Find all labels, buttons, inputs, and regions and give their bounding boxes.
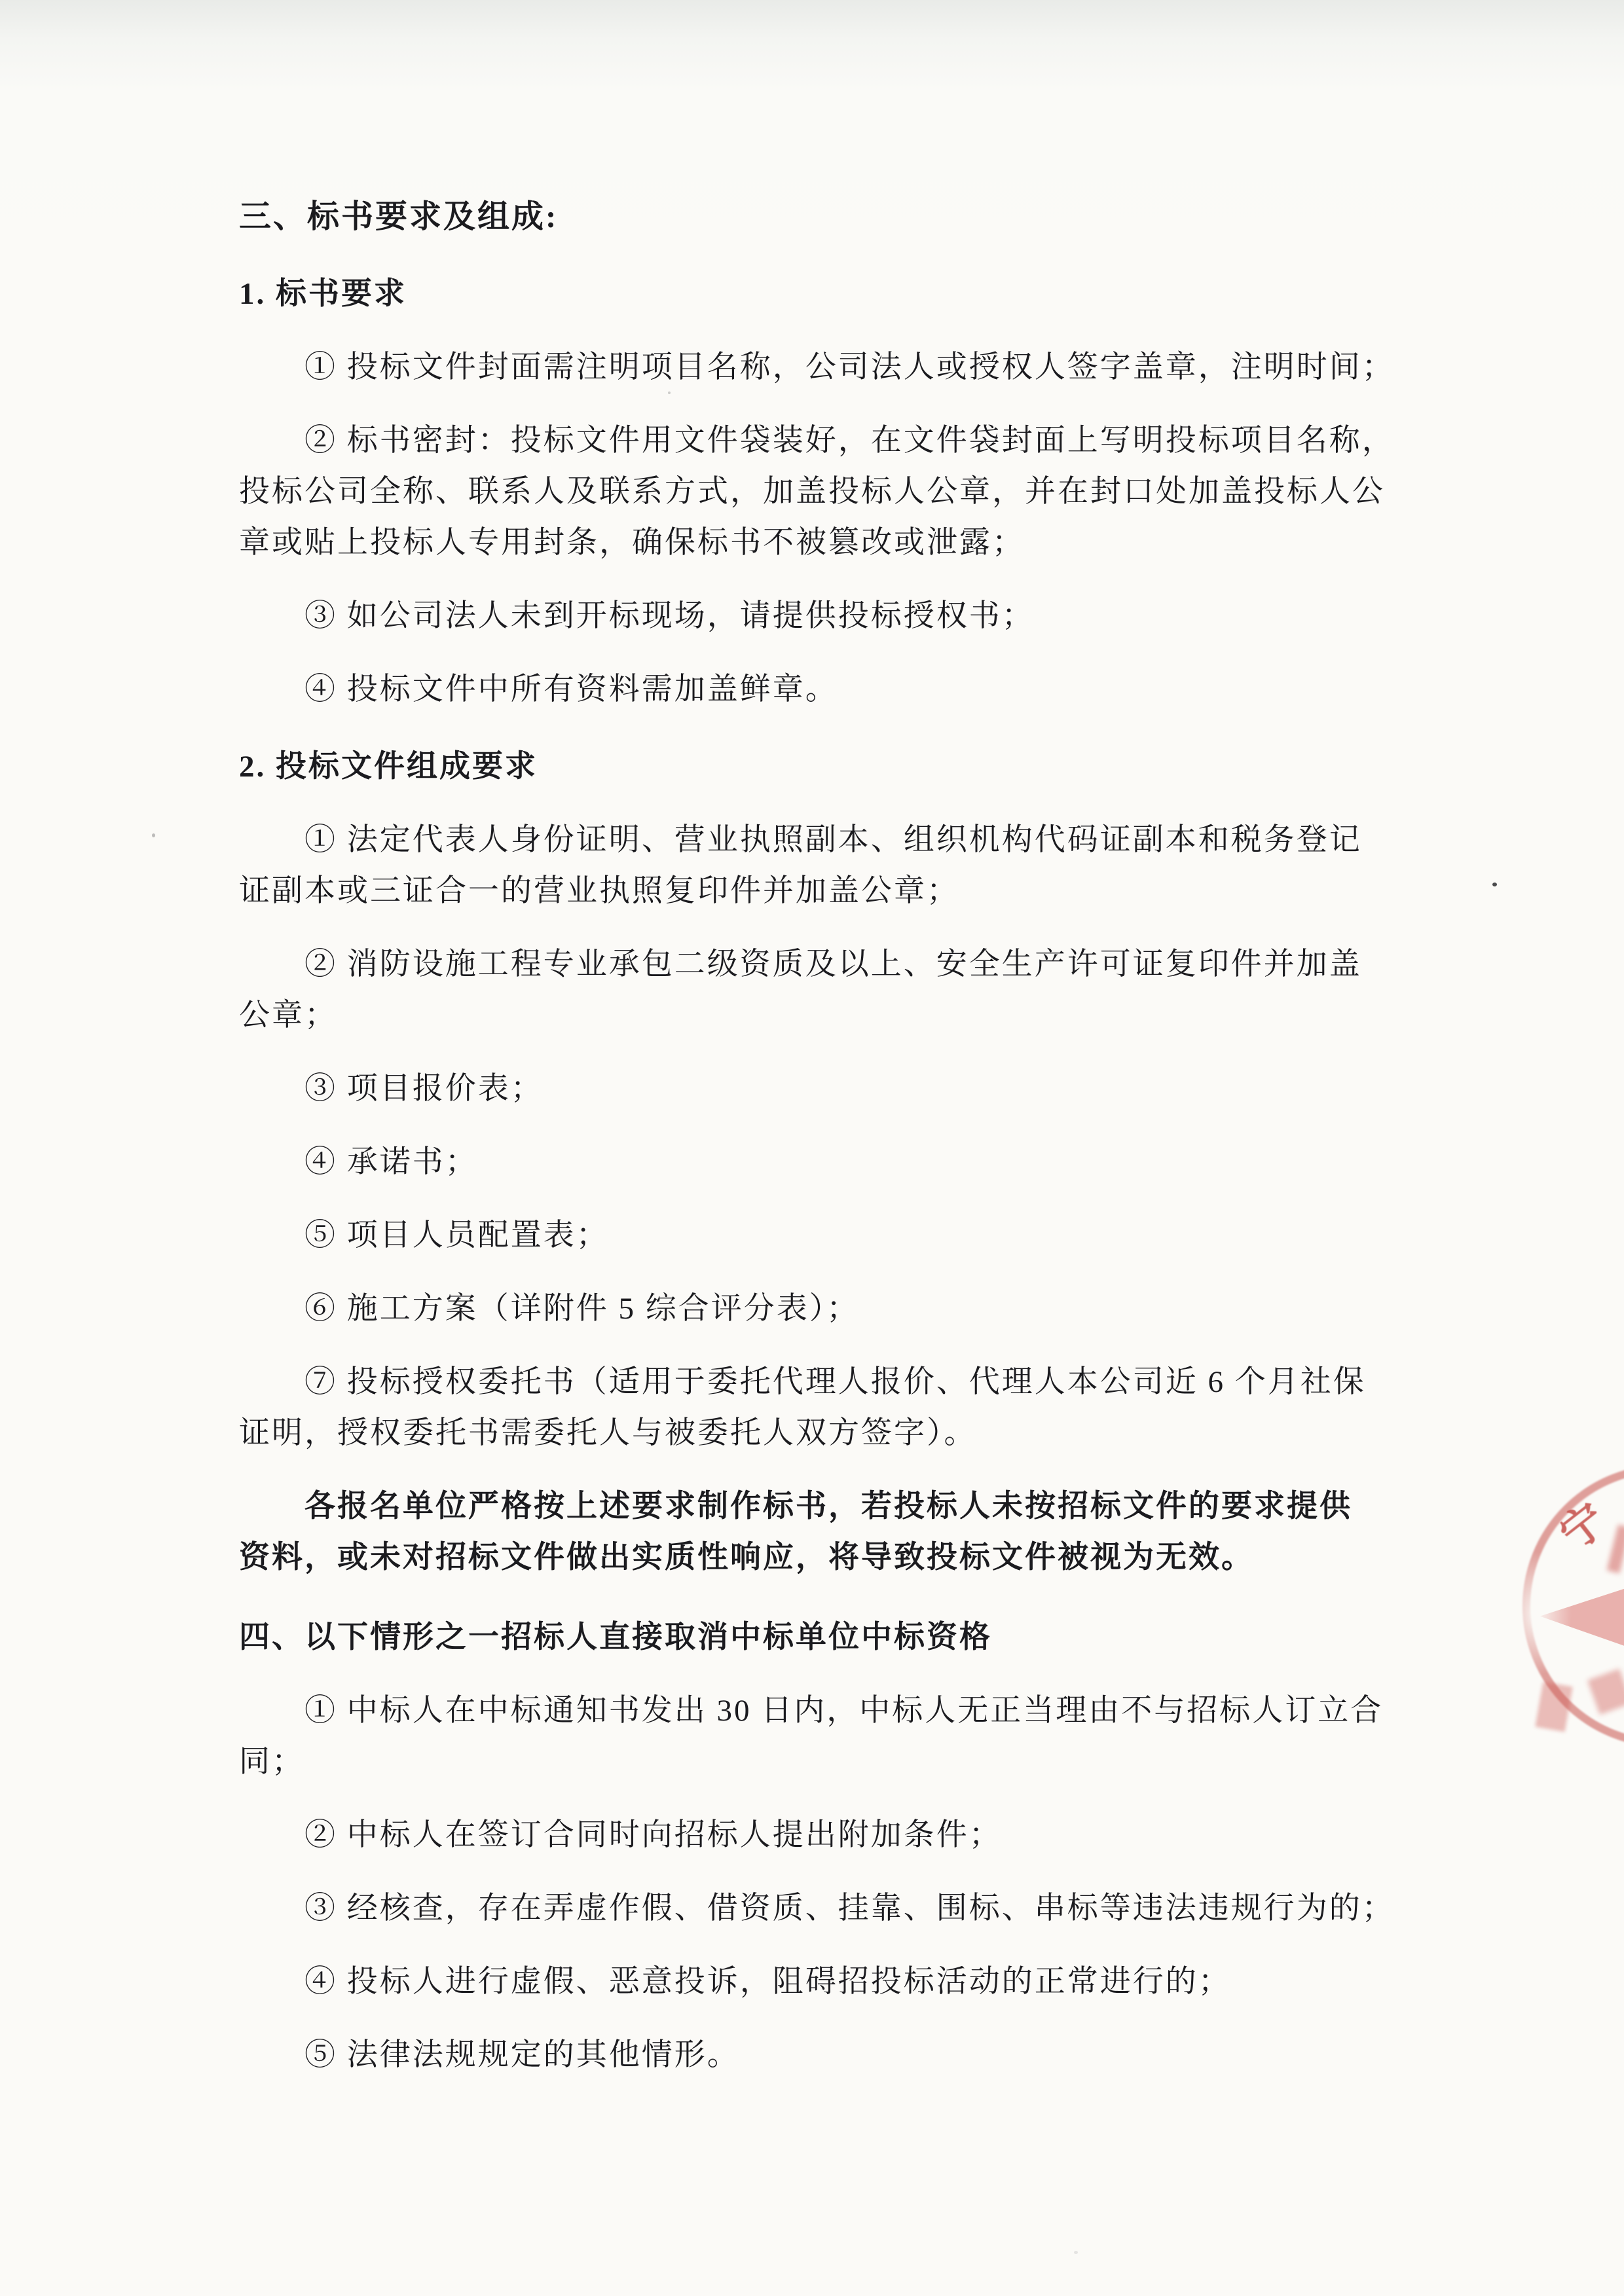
text-line: 1. 标书要求 bbox=[239, 268, 1392, 319]
paragraph: ① 法定代表人身份证明、营业执照副本、组织机构代码证副本和税务登记证副本或三证合… bbox=[239, 814, 1392, 917]
paragraph: 各报名单位严格按上述要求制作标书，若投标人未按招标文件的要求提供资料，或未对招标… bbox=[239, 1481, 1392, 1583]
text-line: 资料，或未对招标文件做出实质性响应，将导致投标文件被视为无效。 bbox=[239, 1532, 1392, 1583]
paragraph: ③ 经核查，存在弄虚作假、借资质、挂靠、围标、串标等违法违规行为的； bbox=[239, 1883, 1392, 1934]
text-line: 章或贴上投标人专用封条，确保标书不被篡改或泄露； bbox=[239, 517, 1392, 568]
paragraph: ① 中标人在中标通知书发出 30 日内，中标人无正当理由不与招标人订立合同； bbox=[239, 1685, 1392, 1787]
seal-fade bbox=[1500, 1552, 1572, 1676]
text-line: ④ 投标文件中所有资料需加盖鲜章。 bbox=[239, 664, 1392, 715]
text-line: ⑦ 投标授权委托书（适用于委托代理人报价、代理人本公司近 6 个月社保 bbox=[239, 1357, 1392, 1408]
heading: 1. 标书要求 bbox=[239, 268, 1392, 319]
text-line: ① 法定代表人身份证明、营业执照副本、组织机构代码证副本和税务登记 bbox=[239, 814, 1392, 866]
paragraph: ③ 项目报价表； bbox=[239, 1063, 1392, 1114]
text-line: ③ 经核查，存在弄虚作假、借资质、挂靠、围标、串标等违法违规行为的； bbox=[239, 1883, 1392, 1934]
text-line: ① 投标文件封面需注明项目名称，公司法人或授权人签字盖章，注明时间； bbox=[239, 342, 1392, 393]
scan-speck bbox=[1074, 2251, 1078, 2254]
heading: 四、以下情形之一招标人直接取消中标单位中标资格 bbox=[239, 1612, 1392, 1663]
paragraph: ① 投标文件封面需注明项目名称，公司法人或授权人签字盖章，注明时间； bbox=[239, 342, 1392, 393]
paragraph: ④ 投标文件中所有资料需加盖鲜章。 bbox=[239, 664, 1392, 715]
text-line: ④ 承诺书； bbox=[239, 1137, 1392, 1188]
text-line: ② 中标人在签订合同时向招标人提出附加条件； bbox=[239, 1810, 1392, 1861]
paragraph: ④ 承诺书； bbox=[239, 1137, 1392, 1188]
paragraph: ② 中标人在签订合同时向招标人提出附加条件； bbox=[239, 1810, 1392, 1861]
text-line: 证明，授权委托书需委托人与被委托人双方签字）。 bbox=[239, 1408, 1392, 1459]
scanned-document-page: 三、标书要求及组成:1. 标书要求① 投标文件封面需注明项目名称，公司法人或授权… bbox=[0, 0, 1624, 2296]
text-line: ⑤ 项目人员配置表； bbox=[239, 1210, 1392, 1261]
document-body: 三、标书要求及组成:1. 标书要求① 投标文件封面需注明项目名称，公司法人或授权… bbox=[239, 191, 1392, 2081]
text-line: ① 中标人在中标通知书发出 30 日内，中标人无正当理由不与招标人订立合 bbox=[239, 1685, 1392, 1736]
text-line: 三、标书要求及组成: bbox=[239, 191, 1392, 242]
paragraph: ② 消防设施工程专业承包二级资质及以上、安全生产许可证复印件并加盖公章； bbox=[239, 939, 1392, 1041]
scan-speck bbox=[152, 833, 155, 837]
paragraph: ⑦ 投标授权委托书（适用于委托代理人报价、代理人本公司近 6 个月社保证明，授权… bbox=[239, 1357, 1392, 1459]
text-line: 四、以下情形之一招标人直接取消中标单位中标资格 bbox=[239, 1612, 1392, 1663]
heading: 三、标书要求及组成: bbox=[239, 191, 1392, 242]
seal-illegible-mark bbox=[1535, 1682, 1572, 1732]
paragraph: ⑤ 项目人员配置表； bbox=[239, 1210, 1392, 1261]
text-line: 2. 投标文件组成要求 bbox=[239, 741, 1392, 792]
text-line: ④ 投标人进行虚假、恶意投诉，阻碍招投标活动的正常进行的； bbox=[239, 1956, 1392, 2007]
paragraph: ⑤ 法律法规规定的其他情形。 bbox=[239, 2030, 1392, 2081]
scan-speck bbox=[1492, 883, 1497, 886]
paragraph: ② 标书密封：投标文件用文件袋装好，在文件袋封面上写明投标项目名称，投标公司全称… bbox=[239, 415, 1392, 568]
text-line: ② 标书密封：投标文件用文件袋装好，在文件袋封面上写明投标项目名称， bbox=[239, 415, 1392, 466]
text-line: ⑥ 施工方案（详附件 5 综合评分表）； bbox=[239, 1283, 1392, 1334]
text-line: 各报名单位严格按上述要求制作标书，若投标人未按招标文件的要求提供 bbox=[239, 1481, 1392, 1532]
paragraph: ③ 如公司法人未到开标现场，请提供投标授权书； bbox=[239, 591, 1392, 642]
text-line: 同； bbox=[239, 1736, 1392, 1787]
text-line: 证副本或三证合一的营业执照复印件并加盖公章； bbox=[239, 866, 1392, 917]
paragraph: ⑥ 施工方案（详附件 5 综合评分表）； bbox=[239, 1283, 1392, 1334]
text-line: ③ 如公司法人未到开标现场，请提供投标授权书； bbox=[239, 591, 1392, 642]
text-line: 公章； bbox=[239, 990, 1392, 1041]
heading: 2. 投标文件组成要求 bbox=[239, 741, 1392, 792]
text-line: ② 消防设施工程专业承包二级资质及以上、安全生产许可证复印件并加盖 bbox=[239, 939, 1392, 990]
paragraph: ④ 投标人进行虚假、恶意投诉，阻碍招投标活动的正常进行的； bbox=[239, 1956, 1392, 2007]
text-line: ⑤ 法律法规规定的其他情形。 bbox=[239, 2030, 1392, 2081]
text-line: 投标公司全称、联系人及联系方式，加盖投标人公章，并在封口处加盖投标人公 bbox=[239, 466, 1392, 517]
text-line: ③ 项目报价表； bbox=[239, 1063, 1392, 1114]
scan-speck bbox=[668, 392, 671, 394]
